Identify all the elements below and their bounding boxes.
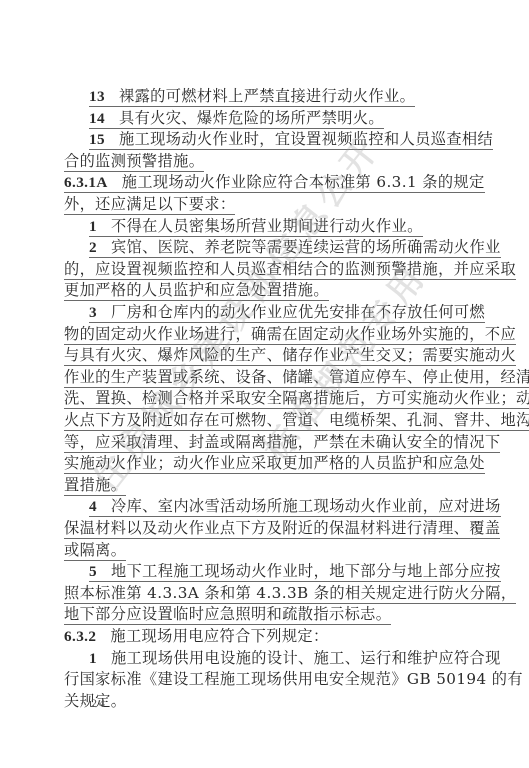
line-content: 6.3.2施工现场用电应符合下列规定： bbox=[64, 627, 329, 645]
line-text: 实施动火作业；动火作业应采取更加严格的人员监护和应急处 bbox=[64, 454, 485, 472]
item-number: 14 bbox=[89, 110, 105, 127]
line-text: 施工现场用电应符合下列规定： bbox=[110, 627, 328, 645]
line-text: 作业的生产装置或系统、设备、储罐、管道应停车、停止使用，经清 bbox=[64, 368, 529, 386]
clause-number: 6.3.2 bbox=[64, 628, 96, 645]
page-number: · 24 · bbox=[80, 696, 118, 711]
line-content: 外，还应满足以下要求： bbox=[64, 195, 235, 215]
line-content: 1施工现场供用电设施的设计、施工、运行和维护应符合现 bbox=[89, 649, 501, 667]
item-number: 5 bbox=[89, 563, 97, 580]
document-page: 13裸露的可燃材料上严禁直接进行动火作业。14具有火灾、爆炸危险的场所严禁明火。… bbox=[0, 0, 529, 768]
line-content: 3厂房和仓库内的动火作业应优先安排在不存放任何可燃 bbox=[89, 303, 485, 323]
text-line: 作业的生产装置或系统、设备、储罐、管道应停车、停止使用，经清 bbox=[64, 367, 456, 388]
line-text: 洗、置换、检测合格并采取安全隔离措施后，方可实施动火作业；动 bbox=[64, 389, 529, 407]
text-line: 1施工现场供用电设施的设计、施工、运行和维护应符合现 bbox=[89, 648, 456, 669]
text-line: 合的监测预警措施。 bbox=[64, 151, 456, 172]
line-content: 作业的生产装置或系统、设备、储罐、管道应停车、停止使用，经清 bbox=[64, 368, 529, 388]
text-line: 与具有火灾、爆炸风险的生产、储存作业产生交叉；需要实施动火 bbox=[64, 345, 456, 366]
line-content: 火点下方及附近如存在可燃物、管道、电缆桥架、孔洞、窨井、地沟 bbox=[64, 411, 529, 431]
line-content: 洗、置换、检测合格并采取安全隔离措施后，方可实施动火作业；动 bbox=[64, 389, 529, 409]
item-number: 2 bbox=[89, 239, 97, 256]
text-line: 6.3.2施工现场用电应符合下列规定： bbox=[64, 626, 456, 647]
line-content: 2宾馆、医院、养老院等需要连续运营的场所确需动火作业 bbox=[89, 238, 501, 258]
line-text: 裸露的可燃材料上严禁直接进行动火作业。 bbox=[119, 87, 415, 105]
line-content: 地下部分应设置临时应急照明和疏散指示标志。 bbox=[64, 605, 391, 625]
text-line: 洗、置换、检测合格并采取安全隔离措施后，方可实施动火作业；动 bbox=[64, 388, 456, 409]
item-number: 3 bbox=[89, 304, 97, 321]
line-text: 更加严格的人员监护和应急处置措施。 bbox=[64, 281, 329, 299]
line-content: 等，应采取清理、封盖或隔离措施，严禁在未确认安全的情况下 bbox=[64, 433, 500, 453]
line-content: 实施动火作业；动火作业应采取更加严格的人员监护和应急处 bbox=[64, 454, 485, 474]
text-line: 物的固定动火作业场进行，确需在固定动火作业场外实施的，不应 bbox=[64, 324, 456, 345]
line-content: 的，应设置视频监控和人员巡查相结合的监测预警措施，并应采取 bbox=[64, 260, 516, 280]
text-line: 4冷库、室内冰雪活动场所施工现场动火作业前，应对进场 bbox=[89, 496, 456, 517]
text-line: 5地下工程施工现场动火作业时，地下部分与地上部分应按 bbox=[89, 561, 456, 582]
text-line: 火点下方及附近如存在可燃物、管道、电缆桥架、孔洞、窨井、地沟 bbox=[64, 410, 456, 431]
line-text: 具有火灾、爆炸危险的场所严禁明火。 bbox=[119, 109, 384, 127]
line-text: 照本标准第 4.3.3A 条和第 4.3.3B 条的相关规定进行防火分隔， bbox=[64, 584, 516, 602]
item-number: 1 bbox=[89, 218, 97, 235]
line-text: 冷库、室内冰雪活动场所施工现场动火作业前，应对进场 bbox=[111, 497, 501, 515]
line-content: 5地下工程施工现场动火作业时，地下部分与地上部分应按 bbox=[89, 562, 501, 582]
text-line: 或隔离。 bbox=[64, 540, 456, 561]
text-line: 等，应采取清理、封盖或隔离措施，严禁在未确认安全的情况下 bbox=[64, 432, 456, 453]
text-line: 13裸露的可燃材料上严禁直接进行动火作业。 bbox=[89, 86, 456, 107]
text-line: 14具有火灾、爆炸危险的场所严禁明火。 bbox=[89, 108, 456, 129]
text-line: 外，还应满足以下要求： bbox=[64, 194, 456, 215]
line-text: 与具有火灾、爆炸风险的生产、储存作业产生交叉；需要实施动火 bbox=[64, 346, 516, 364]
line-content: 物的固定动火作业场进行，确需在固定动火作业场外实施的，不应 bbox=[64, 325, 516, 345]
text-line: 置措施。 bbox=[64, 475, 456, 496]
item-number: 15 bbox=[89, 131, 105, 148]
text-line: 照本标准第 4.3.3A 条和第 4.3.3B 条的相关规定进行防火分隔， bbox=[64, 583, 456, 604]
text-line: 1不得在人员密集场所营业期间进行动火作业。 bbox=[89, 216, 456, 237]
item-number: 1 bbox=[89, 650, 97, 667]
line-content: 保温材料以及动火作业点下方及附近的保温材料进行清理、覆盖 bbox=[64, 519, 500, 539]
line-text: 物的固定动火作业场进行，确需在固定动火作业场外实施的，不应 bbox=[64, 325, 516, 343]
line-content: 14具有火灾、爆炸危险的场所严禁明火。 bbox=[89, 109, 384, 129]
line-content: 13裸露的可燃材料上严禁直接进行动火作业。 bbox=[89, 87, 415, 107]
line-text: 地下工程施工现场动火作业时，地下部分与地上部分应按 bbox=[111, 562, 501, 580]
line-content: 行国家标准《建设工程施工现场供用电安全规范》GB 50194 的有 bbox=[64, 670, 523, 688]
text-line: 保温材料以及动火作业点下方及附近的保温材料进行清理、覆盖 bbox=[64, 518, 456, 539]
line-content: 置措施。 bbox=[64, 476, 126, 496]
line-content: 与具有火灾、爆炸风险的生产、储存作业产生交叉；需要实施动火 bbox=[64, 346, 516, 366]
text-line: 地下部分应设置临时应急照明和疏散指示标志。 bbox=[64, 604, 456, 625]
line-text: 外，还应满足以下要求： bbox=[64, 195, 235, 213]
line-text: 火点下方及附近如存在可燃物、管道、电缆桥架、孔洞、窨井、地沟 bbox=[64, 411, 529, 429]
text-line: 的，应设置视频监控和人员巡查相结合的监测预警措施，并应采取 bbox=[64, 259, 456, 280]
line-text: 宾馆、医院、养老院等需要连续运营的场所确需动火作业 bbox=[111, 238, 501, 256]
line-text: 地下部分应设置临时应急照明和疏散指示标志。 bbox=[64, 605, 391, 623]
line-text: 施工现场动火作业时，宜设置视频监控和人员巡查相结 bbox=[119, 130, 493, 148]
text-line: 实施动火作业；动火作业应采取更加严格的人员监护和应急处 bbox=[64, 453, 456, 474]
line-content: 更加严格的人员监护和应急处置措施。 bbox=[64, 281, 329, 301]
line-content: 4冷库、室内冰雪活动场所施工现场动火作业前，应对进场 bbox=[89, 497, 501, 517]
line-text: 施工现场动火作业除应符合本标准第 6.3.1 条的规定 bbox=[122, 173, 485, 191]
line-text: 不得在人员密集场所营业期间进行动火作业。 bbox=[111, 217, 423, 235]
line-content: 合的监测预警措施。 bbox=[64, 152, 204, 172]
line-text: 合的监测预警措施。 bbox=[64, 152, 204, 170]
line-text: 行国家标准《建设工程施工现场供用电安全规范》GB 50194 的有 bbox=[64, 670, 523, 688]
line-content: 6.3.1A施工现场动火作业除应符合本标准第 6.3.1 条的规定 bbox=[64, 173, 485, 193]
text-line: 关规定。 bbox=[64, 691, 456, 712]
text-line: 15施工现场动火作业时，宜设置视频监控和人员巡查相结 bbox=[89, 129, 456, 150]
line-content: 15施工现场动火作业时，宜设置视频监控和人员巡查相结 bbox=[89, 130, 493, 150]
line-text: 等，应采取清理、封盖或隔离措施，严禁在未确认安全的情况下 bbox=[64, 433, 500, 451]
line-text: 施工现场供用电设施的设计、施工、运行和维护应符合现 bbox=[111, 649, 501, 667]
line-text: 的，应设置视频监控和人员巡查相结合的监测预警措施，并应采取 bbox=[64, 260, 516, 278]
item-number: 4 bbox=[89, 498, 97, 515]
line-text: 保温材料以及动火作业点下方及附近的保温材料进行清理、覆盖 bbox=[64, 519, 500, 537]
line-content: 或隔离。 bbox=[64, 541, 126, 561]
line-content: 照本标准第 4.3.3A 条和第 4.3.3B 条的相关规定进行防火分隔， bbox=[64, 584, 516, 604]
text-line: 2宾馆、医院、养老院等需要连续运营的场所确需动火作业 bbox=[89, 237, 456, 258]
text-line: 行国家标准《建设工程施工现场供用电安全规范》GB 50194 的有 bbox=[64, 669, 456, 690]
line-text: 或隔离。 bbox=[64, 541, 126, 559]
line-text: 厂房和仓库内的动火作业应优先安排在不存放任何可燃 bbox=[111, 303, 485, 321]
line-text: 置措施。 bbox=[64, 476, 126, 494]
item-number: 13 bbox=[89, 88, 105, 105]
text-line: 更加严格的人员监护和应急处置措施。 bbox=[64, 280, 456, 301]
text-line: 3厂房和仓库内的动火作业应优先安排在不存放任何可燃 bbox=[89, 302, 456, 323]
text-line: 6.3.1A施工现场动火作业除应符合本标准第 6.3.1 条的规定 bbox=[64, 172, 456, 193]
line-content: 1不得在人员密集场所营业期间进行动火作业。 bbox=[89, 217, 423, 237]
clause-number: 6.3.1A bbox=[64, 174, 108, 191]
